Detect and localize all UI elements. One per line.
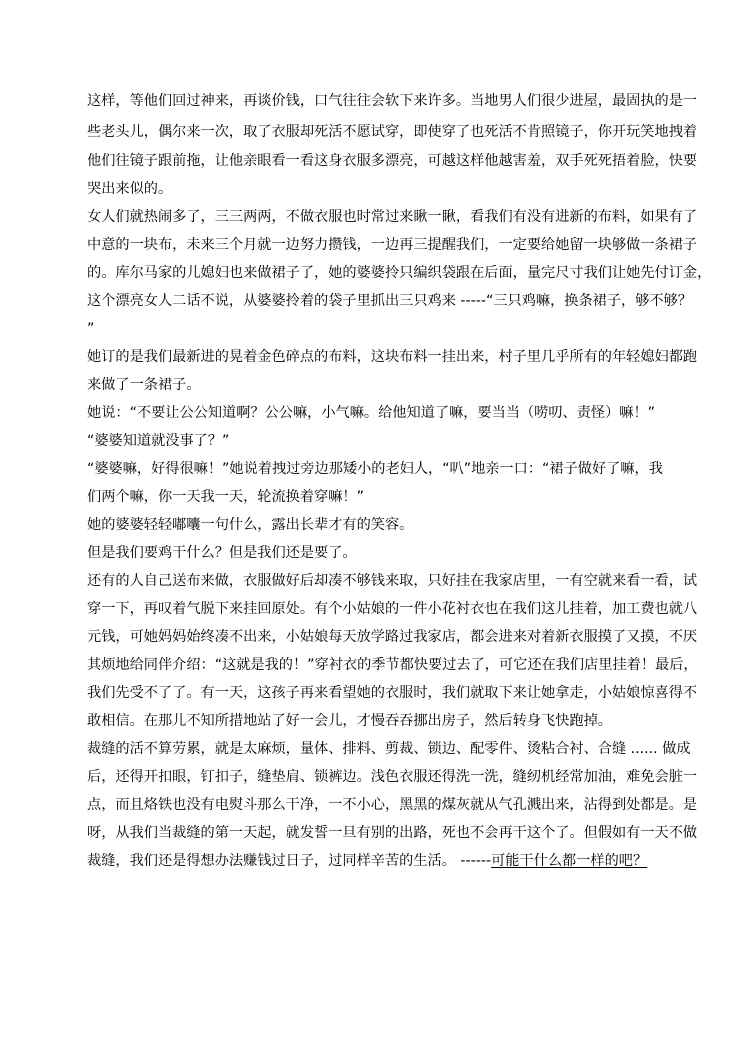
text-line: 裁缝的活不算劳累，就是太麻烦，量体、排料、剪裁、锁边、配零件、烫粘合衬、合缝 .… (87, 738, 657, 766)
text-line: 的。库尔马家的儿媳妇也来做裙子了，她的婆婆拎只编织袋跟在后面，量完尺寸我们让她先… (87, 262, 657, 290)
text-line: 中意的一块布，未来三个月就一边努力攒钱，一边再三提醒我们，一定要给她留一块够做一… (87, 234, 657, 262)
text-line: 元钱，可她妈妈始终凑不出来，小姑娘每天放学路过我家店，都会进来对着新衣服摸了又摸… (87, 626, 657, 654)
text-line: 些老头儿，偶尔来一次，取了衣服却死活不愿试穿，即使穿了也死活不肯照镜子，你开玩笑… (87, 121, 657, 150)
text-line: 她订的是我们最新进的晃着金色碎点的布料，这块布料一挂出来，村子里几乎所有的年轻媳… (87, 346, 657, 374)
text-line: 们两个嘛，你一天我一天，轮流换着穿嘛！” (87, 486, 657, 514)
text-line: 他们往镜子跟前拖，让他亲眼看一看这身衣服多漂亮，可越这样他越害羞，双手死死捂着脸… (87, 150, 657, 178)
text-line: 这样，等他们回过神来，再谈价钱，口气往往会软下来许多。当地男人们很少进屋，最固执… (87, 90, 657, 121)
text-line: ” (87, 318, 657, 346)
text-line: 我们先受不了了。有一天，这孩子再来看望她的衣服时，我们就取下来让她拿走，小姑娘惊… (87, 682, 657, 710)
text-line: 女人们就热闹多了，三三两两，不做衣服也时常过来瞅一瞅，看我们有没有进新的布料，如… (87, 206, 657, 234)
text-line: “婆婆嘛，好得很嘛！”她说着拽过旁边那矮小的老妇人，“叭”地亲一口：“裙子做好了… (87, 458, 657, 486)
last-text-line: 裁缝，我们还是得想办法赚钱过日子，过同样辛苦的生活。 ------可能干什么都一… (87, 850, 657, 878)
text-line: 其烦地给同伴介绍：“这就是我的！”穿衬衣的季节都快要过去了，可它还在我们店里挂着… (87, 654, 657, 682)
text-line: 穿一下，再叹着气脱下来挂回原处。有个小姑娘的一件小花衬衣也在我们这儿挂着，加工费… (87, 598, 657, 626)
underlined-closing-question: 可能干什么都一样的吧？ (491, 853, 647, 869)
text-line: 后，还得开扣眼，钉扣子，缝垫肩、锁裤边。浅色衣服还得洗一洗，缝纫机经常加油，难免… (87, 766, 657, 794)
text-line: 呀，从我们当裁缝的第一天起，就发誓一旦有别的出路，死也不会再干这个了。但假如有一… (87, 822, 657, 850)
last-line-text: 裁缝，我们还是得想办法赚钱过日子，过同样辛苦的生活。 ------ (87, 853, 491, 869)
text-line: “婆婆知道就没事了？” (87, 430, 657, 458)
text-line: 敢相信。在那儿不知所措地站了好一会儿，才慢吞吞挪出房子，然后转身飞快跑掉。 (87, 710, 657, 738)
text-line: 她的婆婆轻轻嘟囔一句什么，露出长辈才有的笑容。 (87, 514, 657, 542)
text-line: 还有的人自己送布来做，衣服做好后却凑不够钱来取，只好挂在我家店里，一有空就来看一… (87, 570, 657, 598)
text-line: 她说：“不要让公公知道啊？公公嘛，小气嘛。给他知道了嘛，要当当（唠叨、责怪）嘛！… (87, 402, 657, 430)
document-page: 这样，等他们回过神来，再谈价钱，口气往往会软下来许多。当地男人们很少进屋，最固执… (87, 90, 657, 878)
text-line: 哭出来似的。 (87, 178, 657, 206)
text-line: 这个漂亮女人二话不说，从婆婆拎着的袋子里抓出三只鸡来 -----“三只鸡嘛，换条… (87, 290, 657, 318)
text-line: 点，而且烙铁也没有电熨斗那么干净，一不小心，黑黑的煤灰就从气孔溅出来，沾得到处都… (87, 794, 657, 822)
text-line: 来做了一条裙子。 (87, 374, 657, 402)
text-line: 但是我们要鸡干什么？但是我们还是要了。 (87, 542, 657, 570)
